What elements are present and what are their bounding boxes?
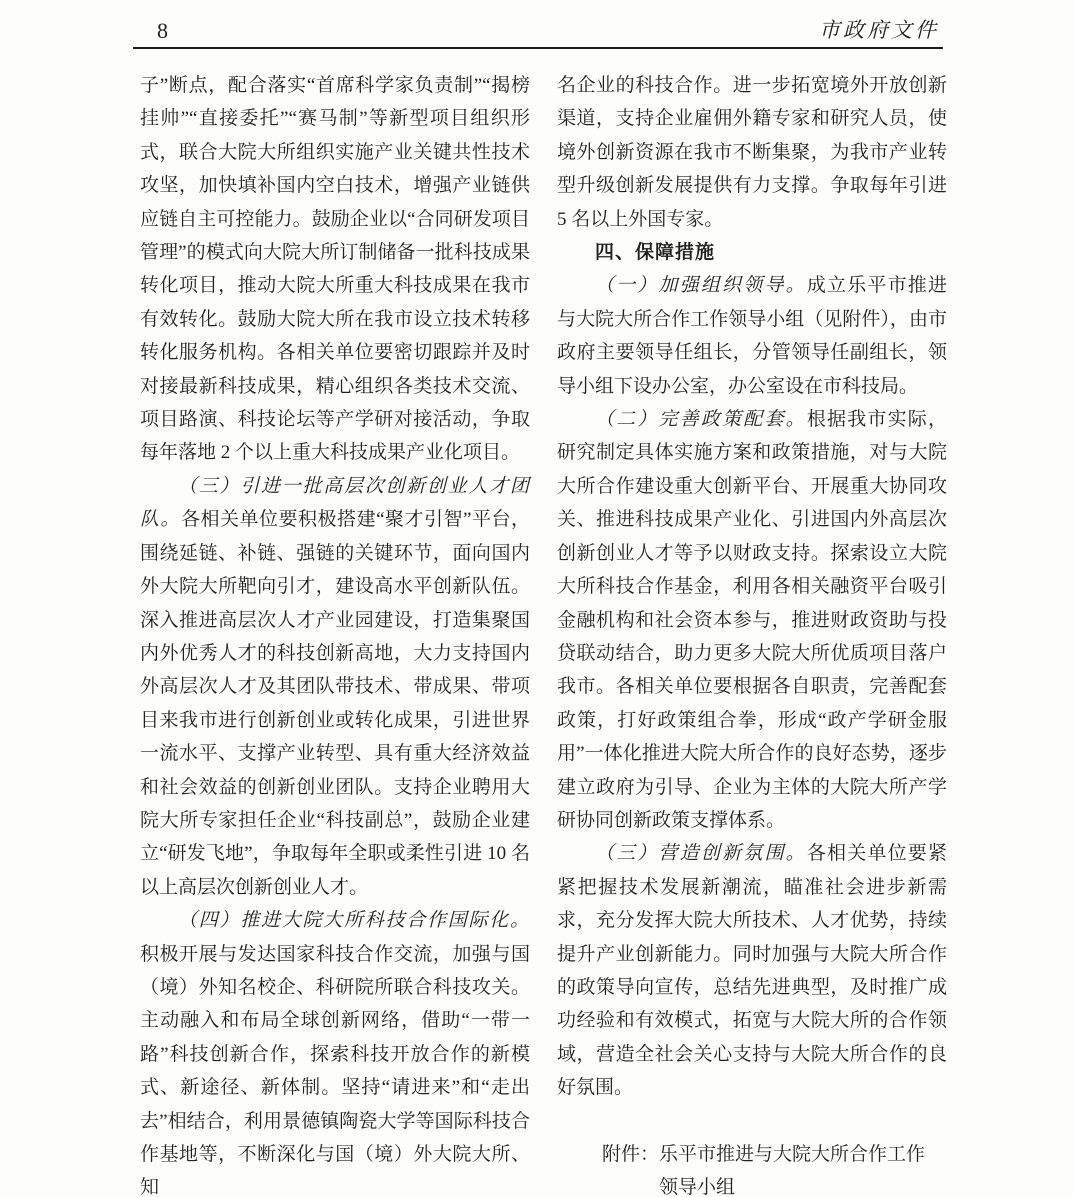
attachment-note: 附件： 乐平市推进与大院大所合作工作 领导小组 — [602, 1138, 947, 1197]
paragraph-lead-subitem-one: （一）加强组织领导。 — [595, 275, 807, 296]
paragraph-body-item-four: 积极开展与发达国家科技合作交流，加强与国（境）外知名校企、科研院所联合科技攻关。… — [140, 944, 530, 1197]
paragraph-lead-subitem-two: （二）完善政策配套。 — [595, 409, 807, 430]
attachment-title-line1: 乐平市推进与大院大所合作工作 — [659, 1144, 925, 1165]
page-header: 8 市政府文件 — [133, 0, 943, 49]
paragraph-subitem-three: （三）营造创新氛围。各相关单位要紧紧把握技术发展新潮流，瞄准社会进步新需求，充分… — [557, 837, 947, 1104]
paragraph-item-four: （四）推进大院大所科技合作国际化。积极开展与发达国家科技合作交流，加强与国（境）… — [140, 904, 530, 1197]
attachment-label: 附件： — [602, 1138, 659, 1197]
left-column: 子”断点，配合落实“首席科学家负责制”“揭榜挂帅”“直接委托”“赛马制”等新型项… — [140, 69, 530, 1197]
attachment-title-line2: 领导小组 — [659, 1177, 735, 1197]
paragraph-body-subitem-three: 各相关单位要紧紧把握技术发展新潮流，瞄准社会进步新需求，充分发挥大院大所技术、人… — [557, 843, 947, 1098]
document-body: 子”断点，配合落实“首席科学家负责制”“揭榜挂帅”“直接委托”“赛马制”等新型项… — [140, 69, 947, 1197]
section-heading-four: 四、保障措施 — [557, 236, 947, 269]
paragraph-body-item-three: 各相关单位要积极搭建“聚才引智”平台，围绕延链、补链、强链的关键环节，面向国内外… — [140, 509, 530, 897]
paragraph-continuation-right: 名企业的科技合作。进一步拓宽境外开放创新渠道，支持企业雇佣外籍专家和研究人员，使… — [557, 69, 947, 236]
paragraph-lead-subitem-three: （三）营造创新氛围。 — [595, 843, 807, 864]
paragraph-item-three: （三）引进一批高层次创新创业人才团队。各相关单位要积极搭建“聚才引智”平台，围绕… — [140, 470, 530, 904]
paragraph-body-subitem-two: 根据我市实际，研究制定具体实施方案和政策措施，对与大院大所合作建设重大创新平台、… — [557, 409, 947, 831]
attachment-title: 乐平市推进与大院大所合作工作 领导小组 — [659, 1138, 925, 1197]
paragraph-subitem-one: （一）加强组织领导。成立乐平市推进与大院大所合作工作领导小组（见附件），由市政府… — [557, 269, 947, 403]
paragraph-continuation-left: 子”断点，配合落实“首席科学家负责制”“揭榜挂帅”“直接委托”“赛马制”等新型项… — [140, 69, 530, 470]
header-doc-label: 市政府文件 — [819, 14, 943, 44]
document-page: 8 市政府文件 子”断点，配合落实“首席科学家负责制”“揭榜挂帅”“直接委托”“… — [0, 0, 1074, 1197]
page-number: 8 — [133, 18, 168, 44]
paragraph-subitem-two: （二）完善政策配套。根据我市实际，研究制定具体实施方案和政策措施，对与大院大所合… — [557, 403, 947, 837]
right-column: 名企业的科技合作。进一步拓宽境外开放创新渠道，支持企业雇佣外籍专家和研究人员，使… — [557, 69, 947, 1197]
paragraph-lead-item-four: （四）推进大院大所科技合作国际化。 — [178, 910, 530, 931]
